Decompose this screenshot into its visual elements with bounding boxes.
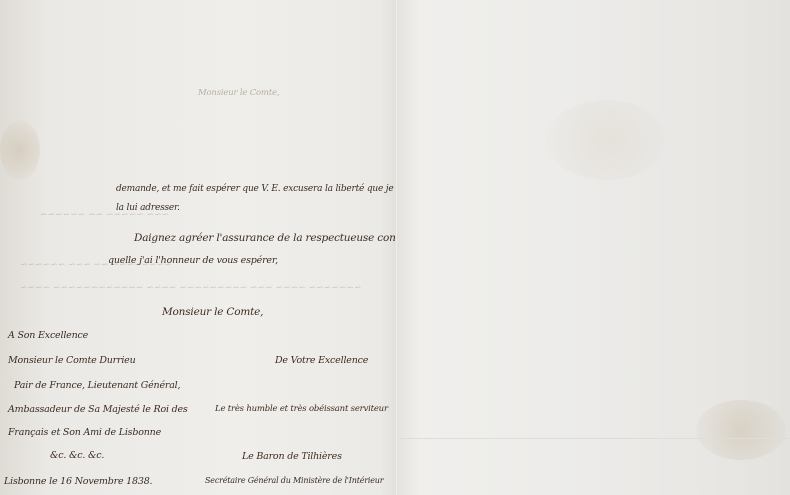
right-page: [396, 0, 790, 495]
signature-line-2: Le très humble et très obéissant servite…: [215, 404, 388, 414]
salutation: Monsieur le Comte,: [162, 306, 263, 318]
paper-stain: [696, 400, 786, 460]
body-line-1: demande, et me fait espérer que V. E. ex…: [116, 184, 396, 194]
bleed-through-text: ~~~~~~~ ~~~~ ~~~ ~~~~~~~~~ ~~~~ ~~~~~~~~…: [20, 283, 361, 293]
body-line-2: la lui adresser.: [116, 203, 180, 213]
fold-line: [400, 438, 790, 439]
signature-line-4: Secrétaire Général du Ministère de l'Int…: [205, 476, 383, 485]
heading-faint: Monsieur le Comte,: [198, 88, 279, 98]
closing-line-1: Daignez agréer l'assurance de la respect…: [134, 232, 396, 244]
page-gutter: [395, 0, 398, 495]
addressee-line-1: A Son Excellence: [8, 330, 88, 341]
left-page: ~~~ ~~~~~ ~~ ~~~~~~ ~~~~~~~~ ~~ ~~~ ~~~~…: [0, 0, 396, 495]
addressee-line-2: Monsieur le Comte Durrieu: [8, 355, 136, 366]
addressee-line-3: Pair de France, Lieutenant Général,: [14, 380, 180, 391]
closing-line-2: quelle j'ai l'honneur de vous espérer,: [108, 255, 278, 266]
addressee-line-4: Ambassadeur de Sa Majesté le Roi des: [8, 404, 188, 415]
signature-line-3: Le Baron de Tilhières: [242, 451, 342, 462]
addressee-line-5: Français et Son Ami de Lisbonne: [8, 427, 161, 438]
paper-stain: [546, 100, 666, 180]
document-spread: ~~~ ~~~~~ ~~ ~~~~~~ ~~~~~~~~ ~~ ~~~ ~~~~…: [0, 0, 790, 495]
paper-stain: [0, 120, 40, 180]
date-line: Lisbonne le 16 Novembre 1838.: [4, 476, 152, 487]
signature-line-1: De Votre Excellence: [275, 355, 368, 366]
addressee-line-6: &c. &c. &c.: [50, 450, 104, 461]
